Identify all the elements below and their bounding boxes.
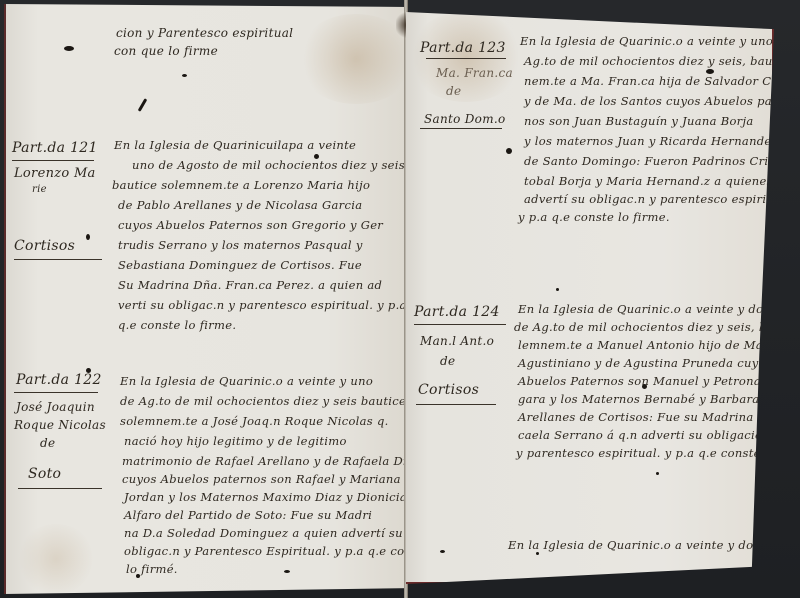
entry-line: gara y los Maternos Bernabé y Barbara [518,392,759,406]
baptized-name: rie [32,184,47,195]
entry-line: En la Iglesia de Quarinic.o a veinte y u… [120,374,373,388]
baptized-name: de [440,354,455,368]
entry-line: de Pablo Arellanes y de Nicolasa Garcia [118,198,362,212]
divider [12,160,94,161]
entry-line: En la Iglesia de Quarinic.o a veinte y u… [520,34,774,48]
entry-number: Part.da 121 [12,140,98,156]
divider [416,404,496,405]
header-line: con que lo firme [114,44,218,58]
entry-line: obligac.n y Parentesco Espiritual. y p.a… [124,544,408,558]
ink-blot [556,288,559,291]
divider [18,488,102,489]
ink-blot [314,154,319,159]
divider [426,58,506,59]
entry-line: nos son Juan Bustaguín y Juana Borja [524,114,754,128]
entry-line: de Ag.to de mil ochocientos diez y seis … [120,394,406,408]
entry-line: matrimonio de Rafael Arellano y de Rafae… [122,454,408,468]
entry-line: advertí su obligac.n y parentesco espiri… [524,192,774,206]
entry-line: bautice solemnem.te a Lorenzo Maria hijo [112,178,370,192]
entry-line: y los maternos Juan y Ricarda Hernandez [524,134,774,148]
ink-blot [284,570,290,573]
water-stain [16,524,96,594]
entry-line: y de Ma. de los Santos cuyos Abuelos pat… [524,94,774,108]
entry-line: Arellanes de Cortisos: Fue su Madrina Mi [518,410,774,424]
place-name: Cortisos [14,238,75,254]
entry-line: Agustiniano y de Agustina Pruneda cuyos [518,356,772,370]
entry-line: trudis Serrano y los maternos Pasqual y [118,238,363,252]
baptized-name: Roque Nicolas [14,418,106,432]
header-line: cion y Parentesco espiritual [116,26,293,40]
ink-blot [506,148,512,154]
entry-line: lemnem.te a Manuel Antonio hijo de Man.l [518,338,774,352]
entry-line: En la Iglesia de Quarinic.o a veinte y d… [518,302,770,316]
baptized-name: José Joaquin [16,400,95,414]
ink-blot [706,69,714,74]
entry-line: cuyos Abuelos paternos son Rafael y Mari… [122,472,401,486]
divider [14,259,102,260]
entry-line: na D.a Soledad Dominguez a quien advertí… [124,526,403,540]
right-page: Part.da 123 Ma. Fran.ca de Santo Dom.o E… [406,12,774,584]
divider [414,324,506,325]
divider [420,128,502,129]
entry-line: y p.a q.e conste lo firme. [518,210,670,224]
entry-line: Sebastiana Dominguez de Cortisos. Fue [118,258,362,272]
place-name: Soto [28,466,61,482]
place-name: Santo Dom.o [424,112,506,126]
baptized-name: Ma. Fran.ca [436,66,513,80]
ink-blot [642,384,647,389]
entry-line: solemnem.te a José Joaq.n Roque Nicolas … [120,414,389,428]
ink-blot [656,472,659,475]
entry-line: nem.te a Ma. Fran.ca hija de Salvador Co… [524,74,774,88]
ink-blot [86,234,90,240]
baptized-name: Lorenzo Ma [14,166,96,181]
entry-line: de Santo Domingo: Fueron Padrinos Cris [524,154,774,168]
entry-line: de Ag.to de mil ochocientos diez y seis,… [514,320,774,334]
water-stain [296,14,408,104]
ink-blot [440,550,445,553]
entry-line: caela Serrano á q.n adverti su obligacio… [518,428,770,442]
divider [14,392,98,393]
entry-line: Ag.to de mil ochocientos diez y seis, ba… [524,54,774,68]
entry-number: Part.da 122 [16,372,102,388]
ink-blot [136,574,140,578]
water-stain [406,12,526,102]
ink-mark [138,98,148,112]
ink-blot [64,46,74,51]
entry-line: Su Madrina Dña. Fran.ca Perez. a quien a… [118,278,382,292]
left-page: cion y Parentesco espiritual con que lo … [4,4,408,594]
entry-line: Jordan y los Maternos Maximo Diaz y Dion… [124,490,407,504]
baptized-name: de [40,436,55,450]
entry-line: q.e conste lo firme. [118,318,236,332]
entry-line: cuyos Abuelos Paternos son Gregorio y Ge… [118,218,383,232]
entry-line: uno de Agosto de mil ochocientos diez y … [132,158,405,172]
ink-blot [182,74,187,77]
entry-line: Alfaro del Partido de Soto: Fue su Madri [124,508,372,522]
entry-line: tobal Borja y Maria Hernand.z a quienes [524,174,773,188]
place-name: Cortisos [418,382,479,398]
entry-number: Part.da 124 [414,304,500,320]
entry-number: Part.da 123 [420,40,506,56]
entry-line-continued: En la Iglesia de Quarinic.o a veinte y d… [508,538,760,552]
entry-line: nació hoy hijo legitimo y de legitimo [124,434,347,448]
baptized-name: de [446,84,461,98]
entry-line: y parentesco espiritual. y p.a q.e const… [516,446,774,460]
ink-blot [536,552,539,555]
baptized-name: Man.l Ant.o [420,334,494,348]
ink-blot [86,368,91,373]
entry-line: En la Iglesia de Quarinicuilapa a veinte [114,138,356,152]
entry-line: lo firmé. [126,562,178,576]
entry-line: verti su obligac.n y parentesco espiritu… [118,298,407,312]
